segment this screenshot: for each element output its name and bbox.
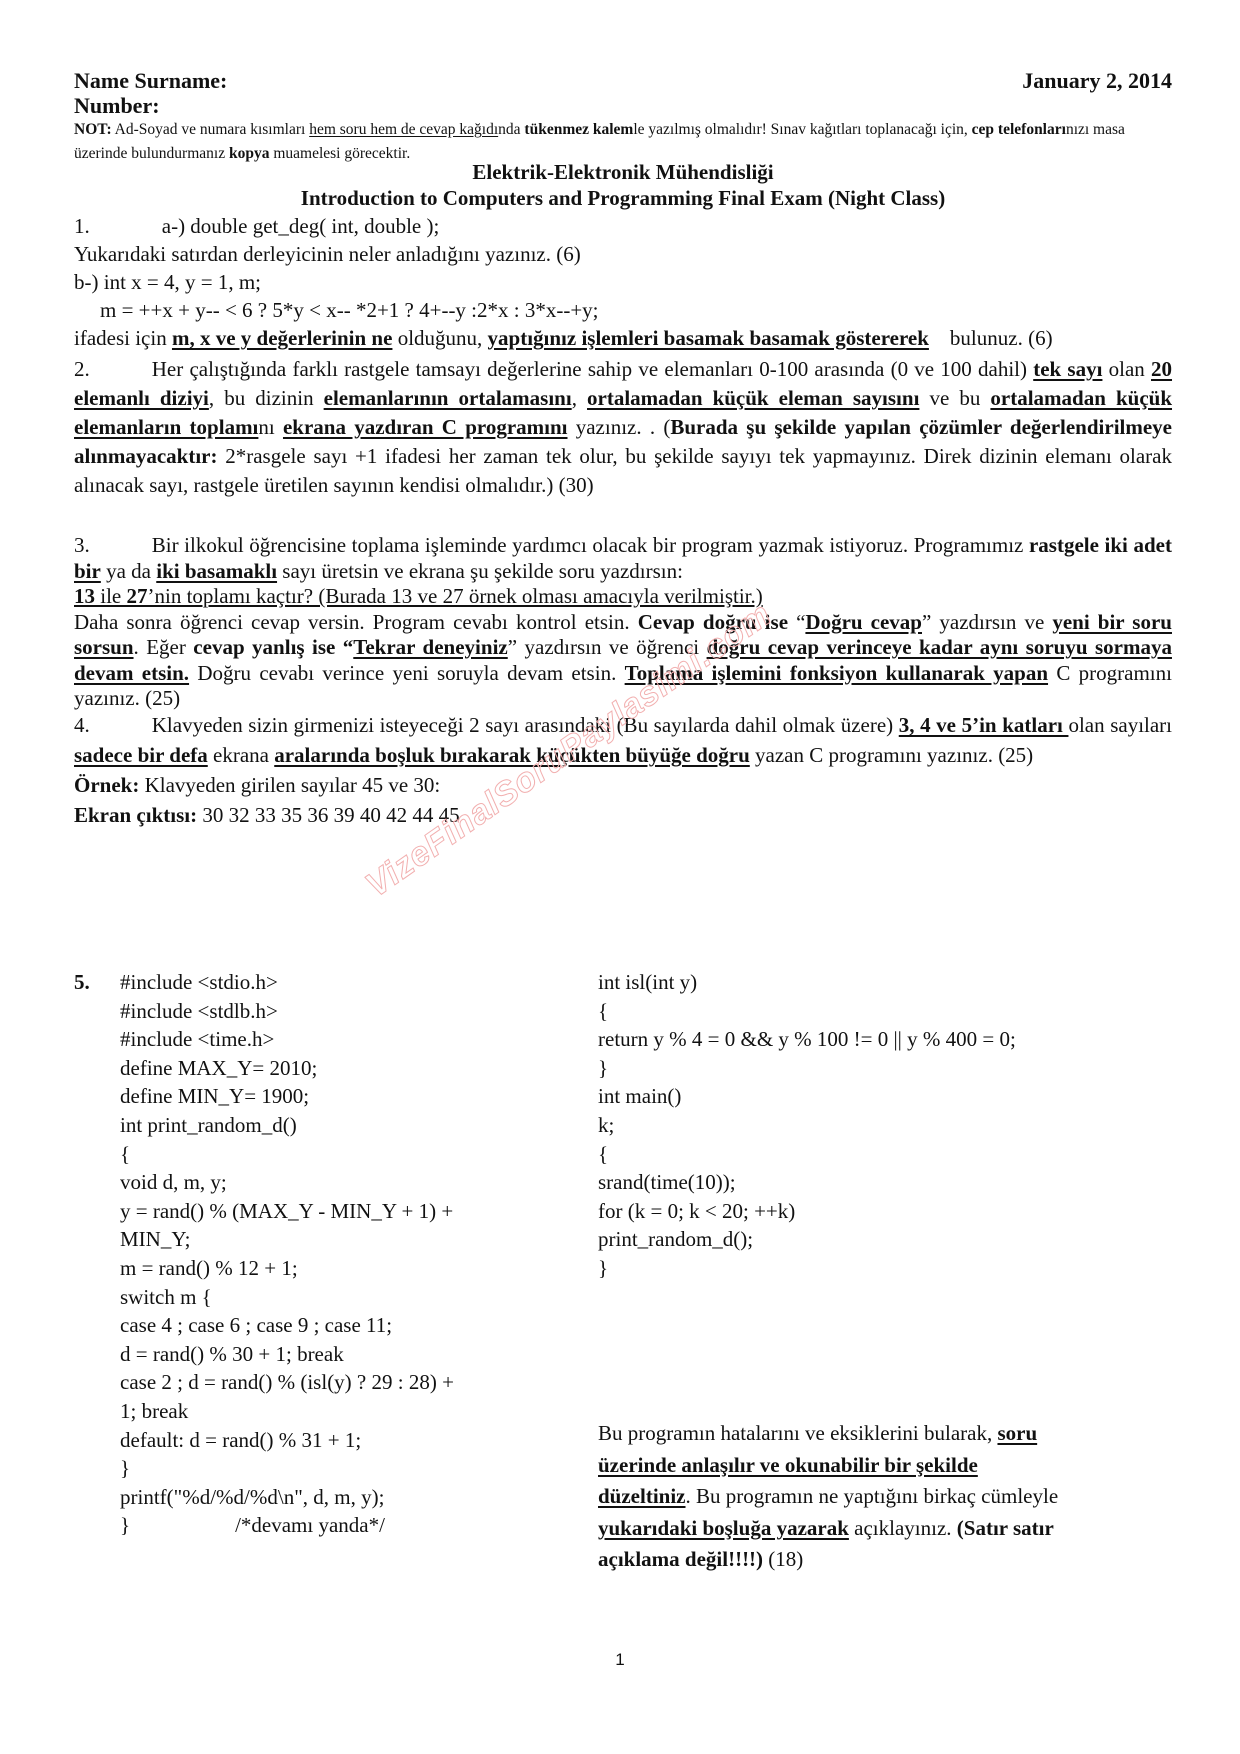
- question-3: 3.Bir ilkokul öğrencisine toplama işlemi…: [74, 533, 1172, 712]
- note-label: NOT:: [74, 121, 112, 138]
- question-2: 2.Her çalıştığında farklı rastgele tamsa…: [74, 355, 1172, 500]
- code-line: int print_random_d(): [120, 1111, 454, 1140]
- code-line: MIN_Y;: [120, 1225, 454, 1254]
- code-line: define MAX_Y= 2010;: [120, 1054, 454, 1083]
- name-surname-label: Name Surname:: [74, 68, 227, 94]
- code-line: {: [598, 997, 1016, 1026]
- code-line: default: d = rand() % 31 + 1;: [120, 1426, 454, 1455]
- number-label: Number:: [74, 93, 160, 119]
- code-line: y = rand() % (MAX_Y - MIN_Y + 1) +: [120, 1197, 454, 1226]
- question-number: 1.: [74, 214, 90, 238]
- question-4: 4.Klavyeden sizin girmenizi isteyeceği 2…: [74, 710, 1172, 830]
- question-5-number: 5.: [74, 970, 90, 995]
- question-number: 4.: [74, 713, 90, 737]
- code-line: case 2 ; d = rand() % (isl(y) ? 29 : 28)…: [120, 1368, 454, 1397]
- page-number: 1: [0, 1650, 1240, 1670]
- code-left-column: #include <stdio.h>#include <stdlb.h>#inc…: [120, 968, 454, 1540]
- code-line: {: [120, 1140, 454, 1169]
- code-line: m = rand() % 12 + 1;: [120, 1254, 454, 1283]
- code-line: }: [120, 1454, 454, 1483]
- course-title: Introduction to Computers and Programmin…: [74, 186, 1172, 211]
- example-line: Örnek: Klavyeden girilen sayılar 45 ve 3…: [74, 770, 1172, 800]
- code-line: switch m {: [120, 1283, 454, 1312]
- question-5-instructions: Bu programın hatalarını ve eksiklerini b…: [598, 1418, 1068, 1576]
- code-line: return y % 4 = 0 && y % 100 != 0 || y % …: [598, 1025, 1016, 1054]
- output-line: Ekran çıktısı: 30 32 33 35 36 39 40 42 4…: [74, 800, 1172, 830]
- code-line: #include <stdio.h>: [120, 968, 454, 997]
- code-line: }: [598, 1054, 1016, 1083]
- code-line: printf("%d/%d/%d\n", d, m, y);: [120, 1483, 454, 1512]
- code-line: } /*devamı yanda*/: [120, 1511, 454, 1540]
- code-line: srand(time(10));: [598, 1168, 1016, 1197]
- question-1: 1.a-) double get_deg( int, double ); Yuk…: [74, 212, 1172, 352]
- code-line: int isl(int y): [598, 968, 1016, 997]
- exam-date: January 2, 2014: [1022, 68, 1172, 94]
- code-line: void d, m, y;: [120, 1168, 454, 1197]
- code-line: }: [598, 1254, 1016, 1283]
- code-line: define MIN_Y= 1900;: [120, 1082, 454, 1111]
- code-line: {: [598, 1140, 1016, 1169]
- question-number: 3.: [74, 533, 90, 557]
- exam-note: NOT: Ad-Soyad ve numara kısımları hem so…: [74, 118, 1172, 166]
- expression: m = ++x + y-- < 6 ? 5*y < x-- *2+1 ? 4+-…: [74, 296, 1172, 324]
- code-right-column: int isl(int y){return y % 4 = 0 && y % 1…: [598, 968, 1016, 1283]
- code-line: 1; break: [120, 1397, 454, 1426]
- code-line: d = rand() % 30 + 1; break: [120, 1340, 454, 1369]
- code-line: int main(): [598, 1082, 1016, 1111]
- code-line: k;: [598, 1111, 1016, 1140]
- code-line: print_random_d();: [598, 1225, 1016, 1254]
- question-number: 2.: [74, 357, 90, 381]
- code-line: #include <time.h>: [120, 1025, 454, 1054]
- code-line: for (k = 0; k < 20; ++k): [598, 1197, 1016, 1226]
- department-title: Elektrik-Elektronik Mühendisliği: [74, 160, 1172, 185]
- code-line: #include <stdlb.h>: [120, 997, 454, 1026]
- code-line: case 4 ; case 6 ; case 9 ; case 11;: [120, 1311, 454, 1340]
- sample-question: 13 ile 27’nin toplamı kaçtır? (Burada 13…: [74, 584, 1172, 610]
